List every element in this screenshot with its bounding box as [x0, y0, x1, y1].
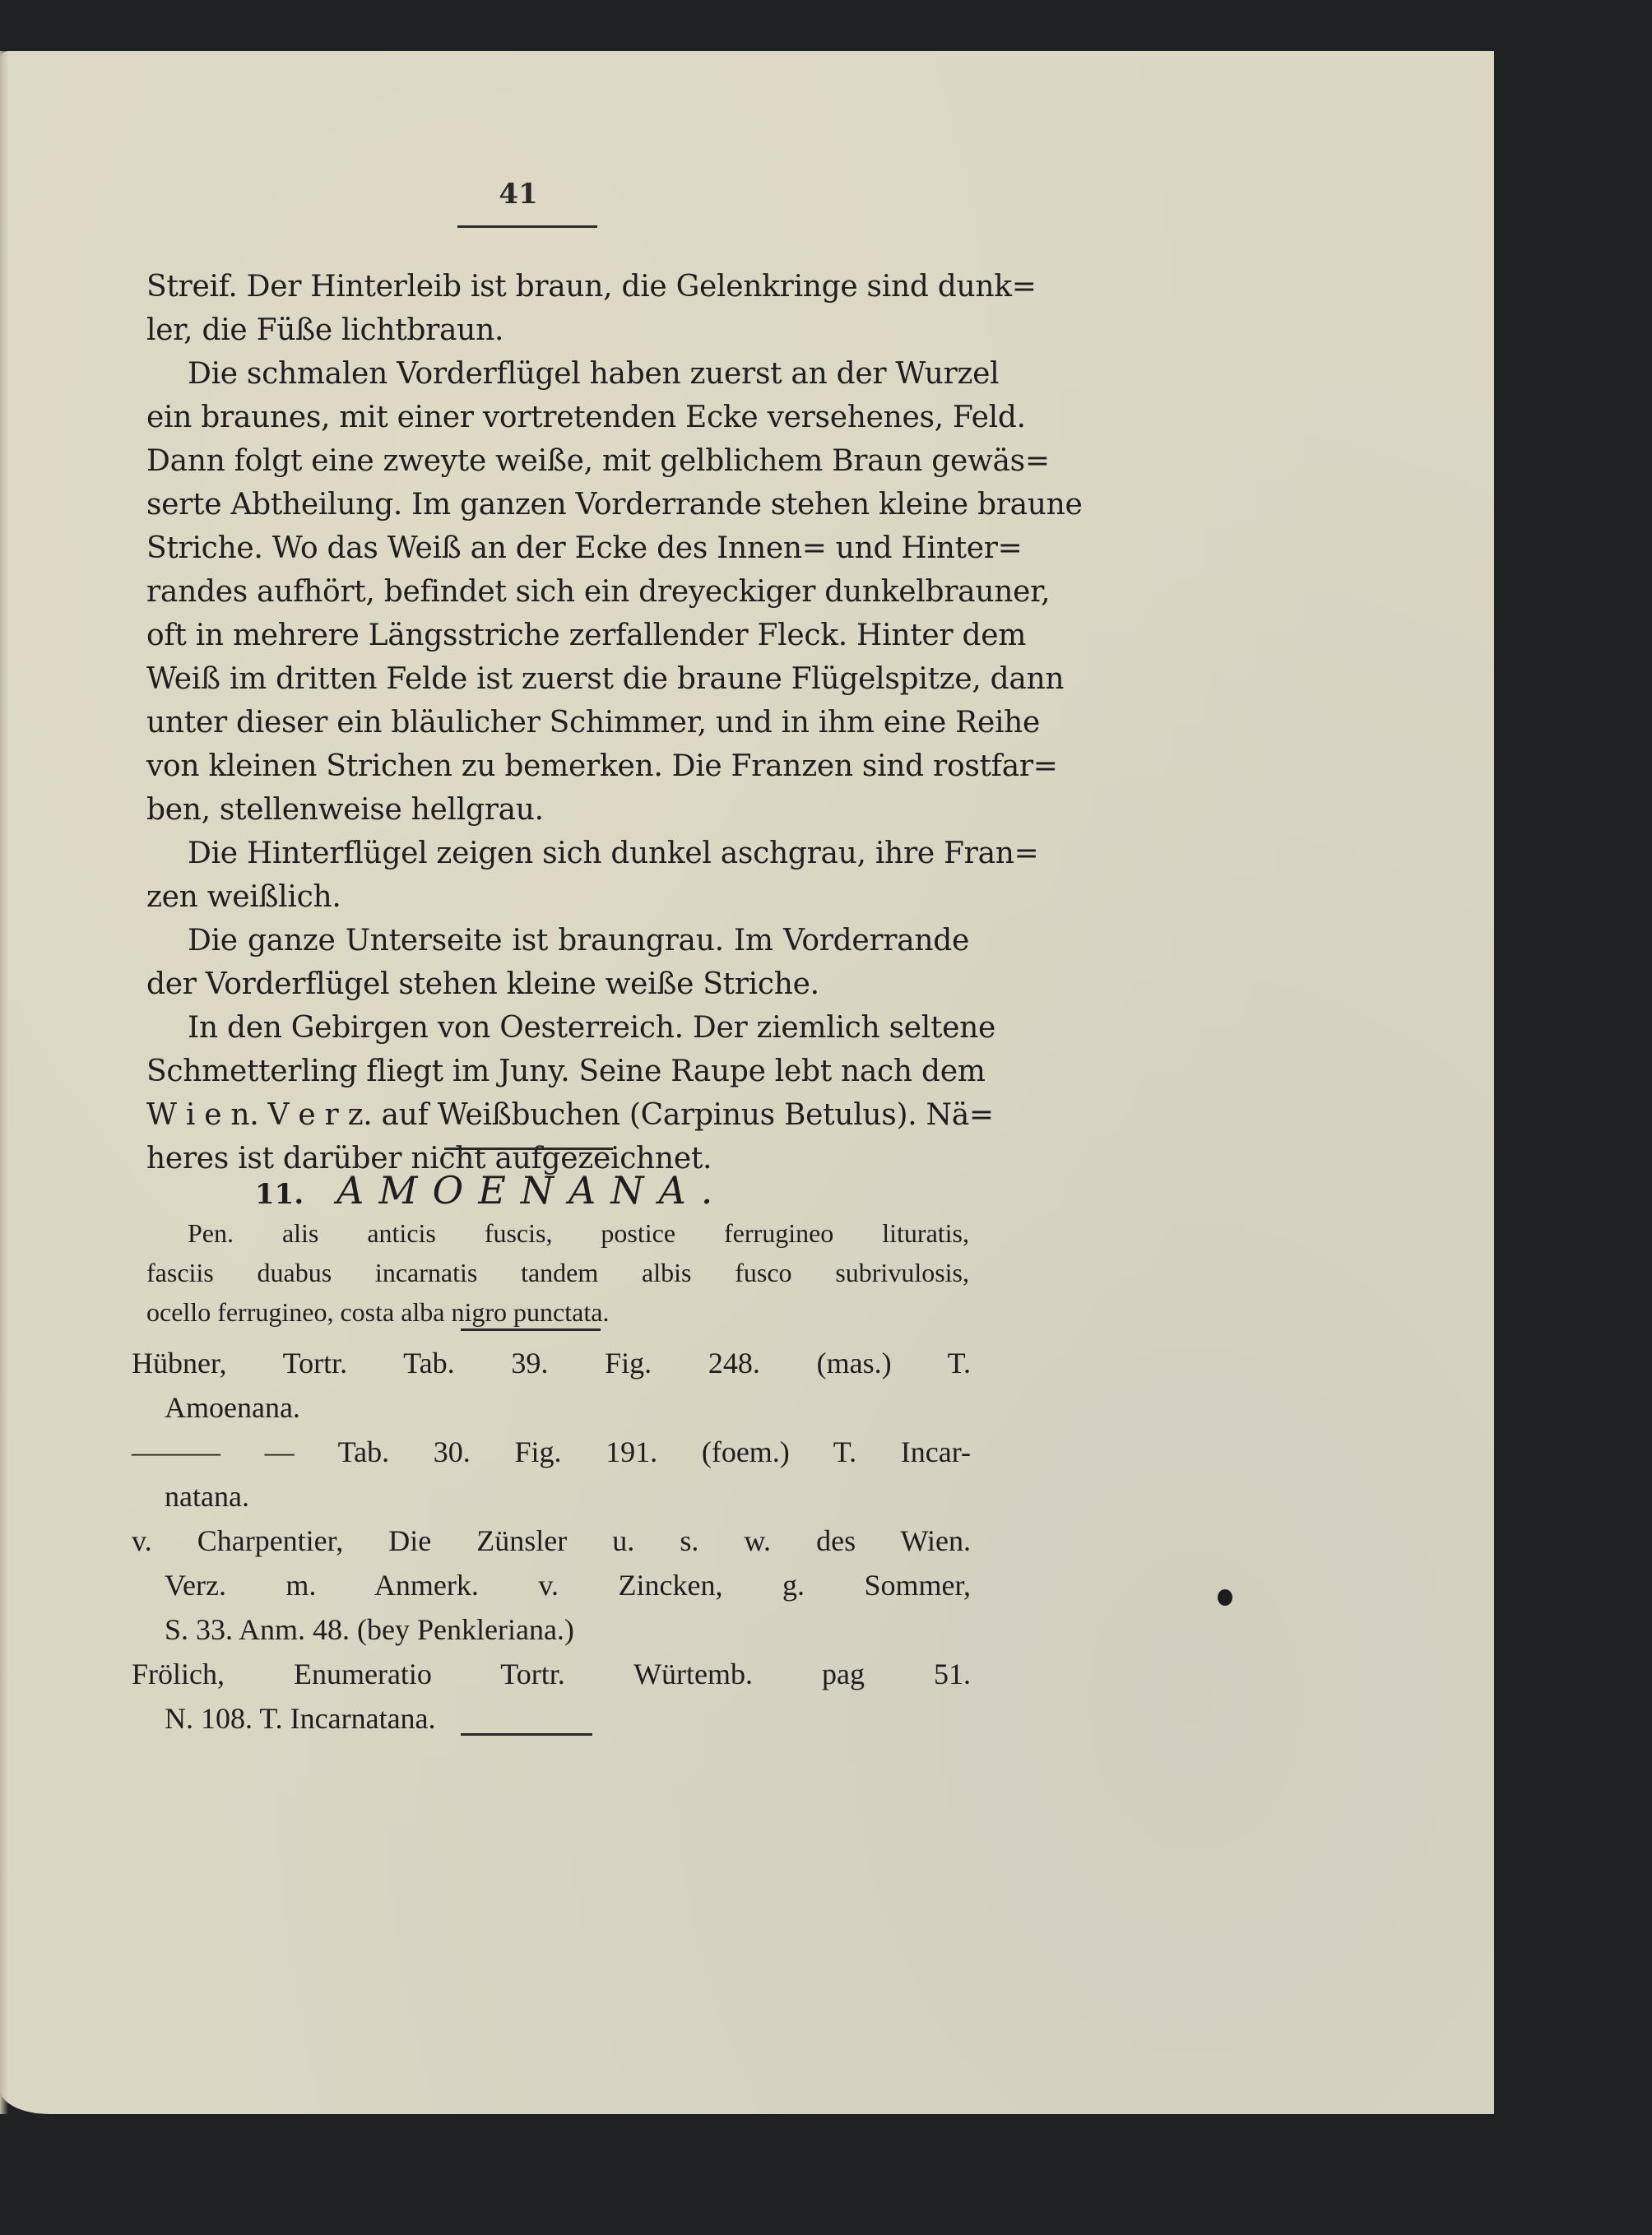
- text-line: von kleinen Strichen zu bemerken. Die Fr…: [146, 744, 969, 788]
- text-line: ler, die Füße lichtbraun.: [146, 308, 969, 352]
- latin-description: Pen. alis anticis fuscis, postice ferrug…: [146, 1213, 969, 1332]
- text-line: serte Abtheilung. Im ganzen Vorderrande …: [146, 483, 969, 526]
- text-line: Die Hinterflügel zeigen sich dunkel asch…: [146, 832, 969, 875]
- text-line: unter dieser ein bläulicher Schimmer, un…: [146, 701, 969, 744]
- reference-line: ——— — Tab. 30. Fig. 191. (foem.) T. Inca…: [132, 1430, 971, 1474]
- body-text: Streif. Der Hinterleib ist braun, die Ge…: [146, 265, 969, 1180]
- latin-line: fasciis duabus incarnatis tandem albis f…: [146, 1253, 969, 1292]
- section-divider: [461, 1328, 601, 1331]
- text-line: Striche. Wo das Weiß an der Ecke des Inn…: [146, 526, 969, 570]
- latin-line: ocello ferrugineo, costa alba nigro punc…: [146, 1292, 969, 1332]
- text-line: oft in mehrere Längsstriche zerfallender…: [146, 614, 969, 657]
- text-line: ben, stellenweise hellgrau.: [146, 788, 969, 832]
- species-number: 11.: [255, 1178, 304, 1211]
- text-line: In den Gebirgen von Oesterreich. Der zie…: [146, 1006, 969, 1050]
- text-line: Weiß im dritten Felde ist zuerst die bra…: [146, 657, 969, 701]
- text-line: der Vorderflügel stehen kleine weiße Str…: [146, 962, 969, 1006]
- section-divider: [444, 1148, 613, 1150]
- reference-line: Frölich, Enumeratio Tortr. Würtemb. pag …: [132, 1652, 971, 1696]
- text-line: zen weißlich.: [146, 875, 969, 919]
- ink-spot: [1218, 1589, 1232, 1606]
- reference-line: Hübner, Tortr. Tab. 39. Fig. 248. (mas.)…: [132, 1341, 971, 1385]
- text-line: randes aufhört, befindet sich ein dreyec…: [146, 570, 969, 614]
- page-number-rule: [457, 225, 597, 228]
- reference-line: S. 33. Anm. 48. (bey Penkleriana.): [132, 1607, 971, 1652]
- text-line: Dann folgt eine zweyte weiße, mit gelbli…: [146, 439, 969, 483]
- latin-line: Pen. alis anticis fuscis, postice ferrug…: [146, 1213, 969, 1253]
- reference-line: Amoenana.: [132, 1385, 971, 1430]
- text-line: Die schmalen Vorderflügel haben zuerst a…: [146, 352, 969, 396]
- end-divider: [461, 1733, 592, 1736]
- text-line: Streif. Der Hinterleib ist braun, die Ge…: [146, 265, 969, 308]
- species-name: AMOENANA.: [336, 1168, 727, 1213]
- page-number: 41: [428, 178, 609, 211]
- reference-line: v. Charpentier, Die Zünsler u. s. w. des…: [132, 1519, 971, 1563]
- text-line: Die ganze Unterseite ist braungrau. Im V…: [146, 919, 969, 962]
- text-line: W i e n. V e r z. auf Weißbuchen (Carpin…: [146, 1093, 969, 1137]
- reference-line: Verz. m. Anmerk. v. Zincken, g. Sommer,: [132, 1563, 971, 1607]
- text-line: Schmetterling fliegt im Juny. Seine Raup…: [146, 1050, 969, 1093]
- references: Hübner, Tortr. Tab. 39. Fig. 248. (mas.)…: [132, 1341, 971, 1741]
- reference-line: natana.: [132, 1474, 971, 1519]
- text-line: ein braunes, mit einer vortretenden Ecke…: [146, 396, 969, 439]
- species-heading: 11.AMOENANA.: [255, 1168, 727, 1213]
- page-edge-shadow: [0, 51, 8, 2114]
